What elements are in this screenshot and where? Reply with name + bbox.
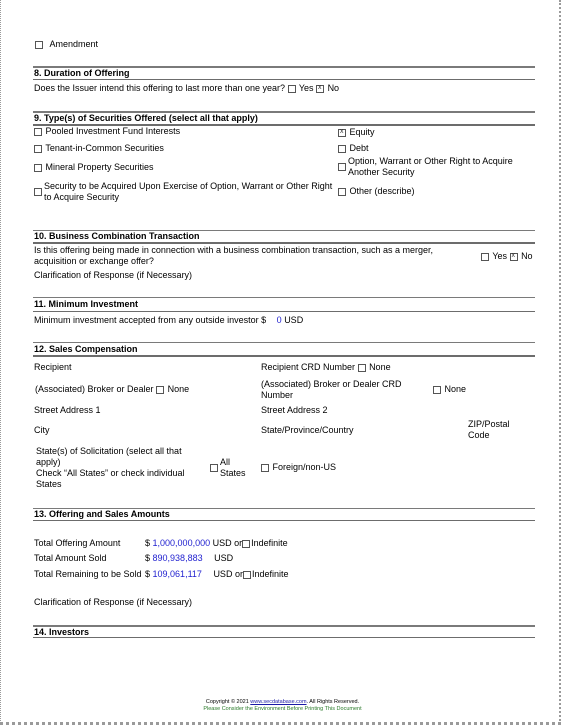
security-type-equity: Equity — [338, 127, 375, 138]
other-label: Other (describe) — [350, 186, 415, 196]
pooled-checkbox[interactable] — [34, 128, 42, 136]
total-remaining-row: $ 109,061,117 USD orIndefinite — [145, 569, 288, 580]
section-9-title: 9. Type(s) of Securities Offered (select… — [34, 113, 258, 124]
section-divider — [33, 625, 535, 627]
minimum-investment-row: Minimum investment accepted from any out… — [34, 315, 303, 326]
tenant-checkbox[interactable] — [34, 145, 42, 153]
total-remaining-label: Total Remaining to be Sold — [34, 569, 142, 580]
equity-label: Equity — [350, 127, 375, 137]
broker-none-checkbox[interactable] — [156, 386, 164, 394]
all-states-label: All States — [220, 457, 250, 479]
broker-label: (Associated) Broker or Dealer — [35, 384, 154, 394]
currency-symbol: $ — [261, 315, 266, 325]
amendment-checkbox[interactable] — [35, 41, 43, 49]
equity-checkbox[interactable] — [338, 129, 346, 137]
security-type-other: Other (describe) — [338, 186, 415, 197]
section-divider — [33, 297, 535, 298]
debt-label: Debt — [350, 143, 369, 153]
currency-symbol: $ — [145, 538, 150, 548]
total-sold-value: 890,938,883 — [153, 553, 203, 563]
foreign-row: Foreign/non-US — [261, 462, 336, 473]
offering-indefinite-label: Indefinite — [251, 538, 288, 548]
total-sold-row: $ 890,938,883 USD — [145, 553, 233, 564]
zip-postal-code-label: ZIP/Postal Code — [468, 419, 518, 441]
currency-unit: USD or — [213, 538, 243, 548]
exercise-checkbox[interactable] — [34, 188, 42, 196]
foreign-label: Foreign/non-US — [273, 462, 337, 472]
solicitation-label: State(s) of Solicitation (select all tha… — [36, 446, 186, 490]
business-yes-checkbox[interactable] — [481, 253, 489, 261]
amendment-label: Amendment — [50, 39, 99, 49]
section-8-title: 8. Duration of Offering — [34, 68, 130, 79]
mineral-label: Mineral Property Securities — [46, 162, 154, 172]
street-address-1-label: Street Address 1 — [34, 405, 101, 416]
currency-symbol: $ — [145, 569, 150, 579]
section-divider — [33, 311, 535, 312]
security-type-exercise: Security to be Acquired Upon Exercise of… — [34, 181, 334, 203]
total-offering-row: $ 1,000,000,000 USD orIndefinite — [145, 538, 288, 549]
foreign-checkbox[interactable] — [261, 464, 269, 472]
offering-indefinite-checkbox[interactable] — [242, 540, 250, 548]
broker-crd-none-row: None — [433, 384, 466, 395]
total-sold-label: Total Amount Sold — [34, 553, 107, 564]
security-type-mineral: Mineral Property Securities — [34, 162, 154, 173]
business-clarification-label: Clarification of Response (if Necessary) — [34, 270, 192, 281]
section-13-title: 13. Offering and Sales Amounts — [34, 509, 170, 520]
recipient-crd-row: Recipient CRD Number None — [261, 362, 391, 373]
currency-symbol: $ — [145, 553, 150, 563]
section-12-title: 12. Sales Compensation — [34, 344, 138, 355]
recipient-label: Recipient — [34, 362, 72, 373]
exercise-label: Security to be Acquired Upon Exercise of… — [44, 181, 334, 203]
section-11-title: 11. Minimum Investment — [34, 299, 138, 310]
all-states-checkbox[interactable] — [210, 464, 218, 472]
copyright-prefix: Copyright © 2021 — [206, 699, 249, 705]
footer-copyright: Copyright © 2021 www.secdatabase.com. Al… — [0, 699, 565, 706]
section-divider — [33, 342, 535, 343]
amounts-clarification-label: Clarification of Response (if Necessary) — [34, 597, 192, 608]
copyright-suffix: . All Rights Reserved. — [307, 699, 360, 705]
duration-yes-checkbox[interactable] — [288, 85, 296, 93]
minimum-investment-label: Minimum investment accepted from any out… — [34, 315, 259, 325]
recipient-crd-label: Recipient CRD Number — [261, 362, 355, 372]
option-label: Option, Warrant or Other Right to Acquir… — [348, 156, 518, 178]
section-divider — [33, 355, 535, 357]
section-divider — [33, 520, 535, 521]
amendment-row: Amendment — [35, 39, 98, 50]
remaining-indefinite-checkbox[interactable] — [243, 571, 251, 579]
security-type-option: Option, Warrant or Other Right to Acquir… — [338, 156, 518, 178]
total-offering-label: Total Offering Amount — [34, 538, 120, 549]
duration-no-label: No — [328, 83, 340, 93]
section-10-title: 10. Business Combination Transaction — [34, 231, 200, 242]
broker-crd-none-checkbox[interactable] — [433, 386, 441, 394]
business-combination-answer: Yes No — [481, 251, 533, 262]
broker-none-label: None — [168, 384, 190, 394]
option-checkbox[interactable] — [338, 163, 346, 171]
section-divider — [33, 242, 535, 244]
business-no-checkbox[interactable] — [510, 253, 518, 261]
duration-question: Does the Issuer intend this offering to … — [34, 83, 285, 93]
other-checkbox[interactable] — [338, 188, 346, 196]
broker-row: (Associated) Broker or Dealer None — [35, 384, 189, 395]
broker-crd-label: (Associated) Broker or Dealer CRD Number — [261, 379, 411, 401]
business-no-label: No — [521, 251, 533, 261]
state-province-country-label: State/Province/Country — [261, 425, 354, 436]
duration-no-checkbox[interactable] — [316, 85, 324, 93]
broker-crd-none-label: None — [445, 384, 467, 394]
currency-unit: USD — [214, 553, 233, 563]
remaining-indefinite-label: Indefinite — [252, 569, 289, 579]
city-label: City — [34, 425, 50, 436]
secdatabase-link[interactable]: www.secdatabase.com — [250, 699, 306, 705]
recipient-crd-none-checkbox[interactable] — [358, 364, 366, 372]
street-address-2-label: Street Address 2 — [261, 405, 328, 416]
currency-unit: USD — [284, 315, 303, 325]
total-offering-value: 1,000,000,000 — [153, 538, 211, 548]
debt-checkbox[interactable] — [338, 145, 346, 153]
section-divider — [33, 637, 535, 638]
section-divider — [33, 79, 535, 80]
currency-unit: USD or — [213, 569, 243, 579]
footer-environment-note: Please Consider the Environment Before P… — [0, 706, 565, 713]
duration-question-row: Does the Issuer intend this offering to … — [34, 83, 339, 94]
all-states-row: All States — [210, 457, 250, 479]
mineral-checkbox[interactable] — [34, 164, 42, 172]
duration-yes-label: Yes — [299, 83, 314, 93]
security-type-tenant: Tenant-in-Common Securities — [34, 143, 164, 154]
security-type-pooled: Pooled Investment Fund Interests — [34, 126, 180, 137]
minimum-investment-value: 0 — [277, 315, 282, 325]
pooled-label: Pooled Investment Fund Interests — [46, 126, 181, 136]
total-remaining-value: 109,061,117 — [153, 569, 202, 579]
security-type-debt: Debt — [338, 143, 369, 154]
business-yes-label: Yes — [492, 251, 507, 261]
recipient-crd-none-label: None — [369, 362, 391, 372]
business-combination-question: Is this offering being made in connectio… — [34, 245, 454, 267]
tenant-label: Tenant-in-Common Securities — [45, 143, 164, 153]
